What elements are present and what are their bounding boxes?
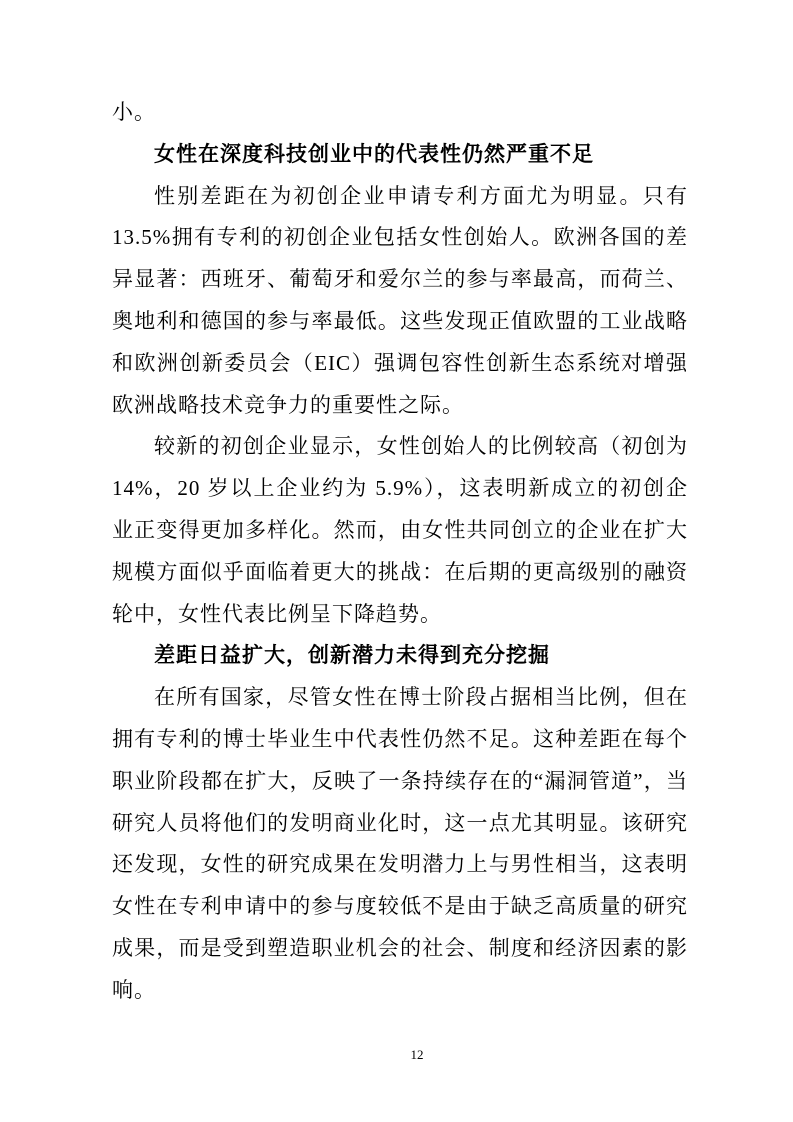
- document-page: 小。 女性在深度科技创业中的代表性仍然严重不足 性别差距在为初创企业申请专利方面…: [0, 0, 793, 1122]
- page-number: 12: [411, 1047, 424, 1063]
- paragraph-continuation: 小。: [112, 92, 688, 134]
- paragraph-leaky-pipeline: 在所有国家，尽管女性在博士阶段占据相当比例，但在拥有专利的博士毕业生中代表性仍然…: [112, 677, 688, 1011]
- paragraph-newer-startups: 较新的初创企业显示，女性创始人的比例较高（初创为14%，20 岁以上企业约为 5…: [112, 426, 688, 635]
- document-content: 小。 女性在深度科技创业中的代表性仍然严重不足 性别差距在为初创企业申请专利方面…: [112, 92, 688, 1012]
- section-heading-deep-tech: 女性在深度科技创业中的代表性仍然严重不足: [112, 134, 688, 176]
- section-heading-widening-gap: 差距日益扩大，创新潜力未得到充分挖掘: [112, 635, 688, 677]
- paragraph-patent-gap: 性别差距在为初创企业申请专利方面尤为明显。只有13.5%拥有专利的初创企业包括女…: [112, 176, 688, 427]
